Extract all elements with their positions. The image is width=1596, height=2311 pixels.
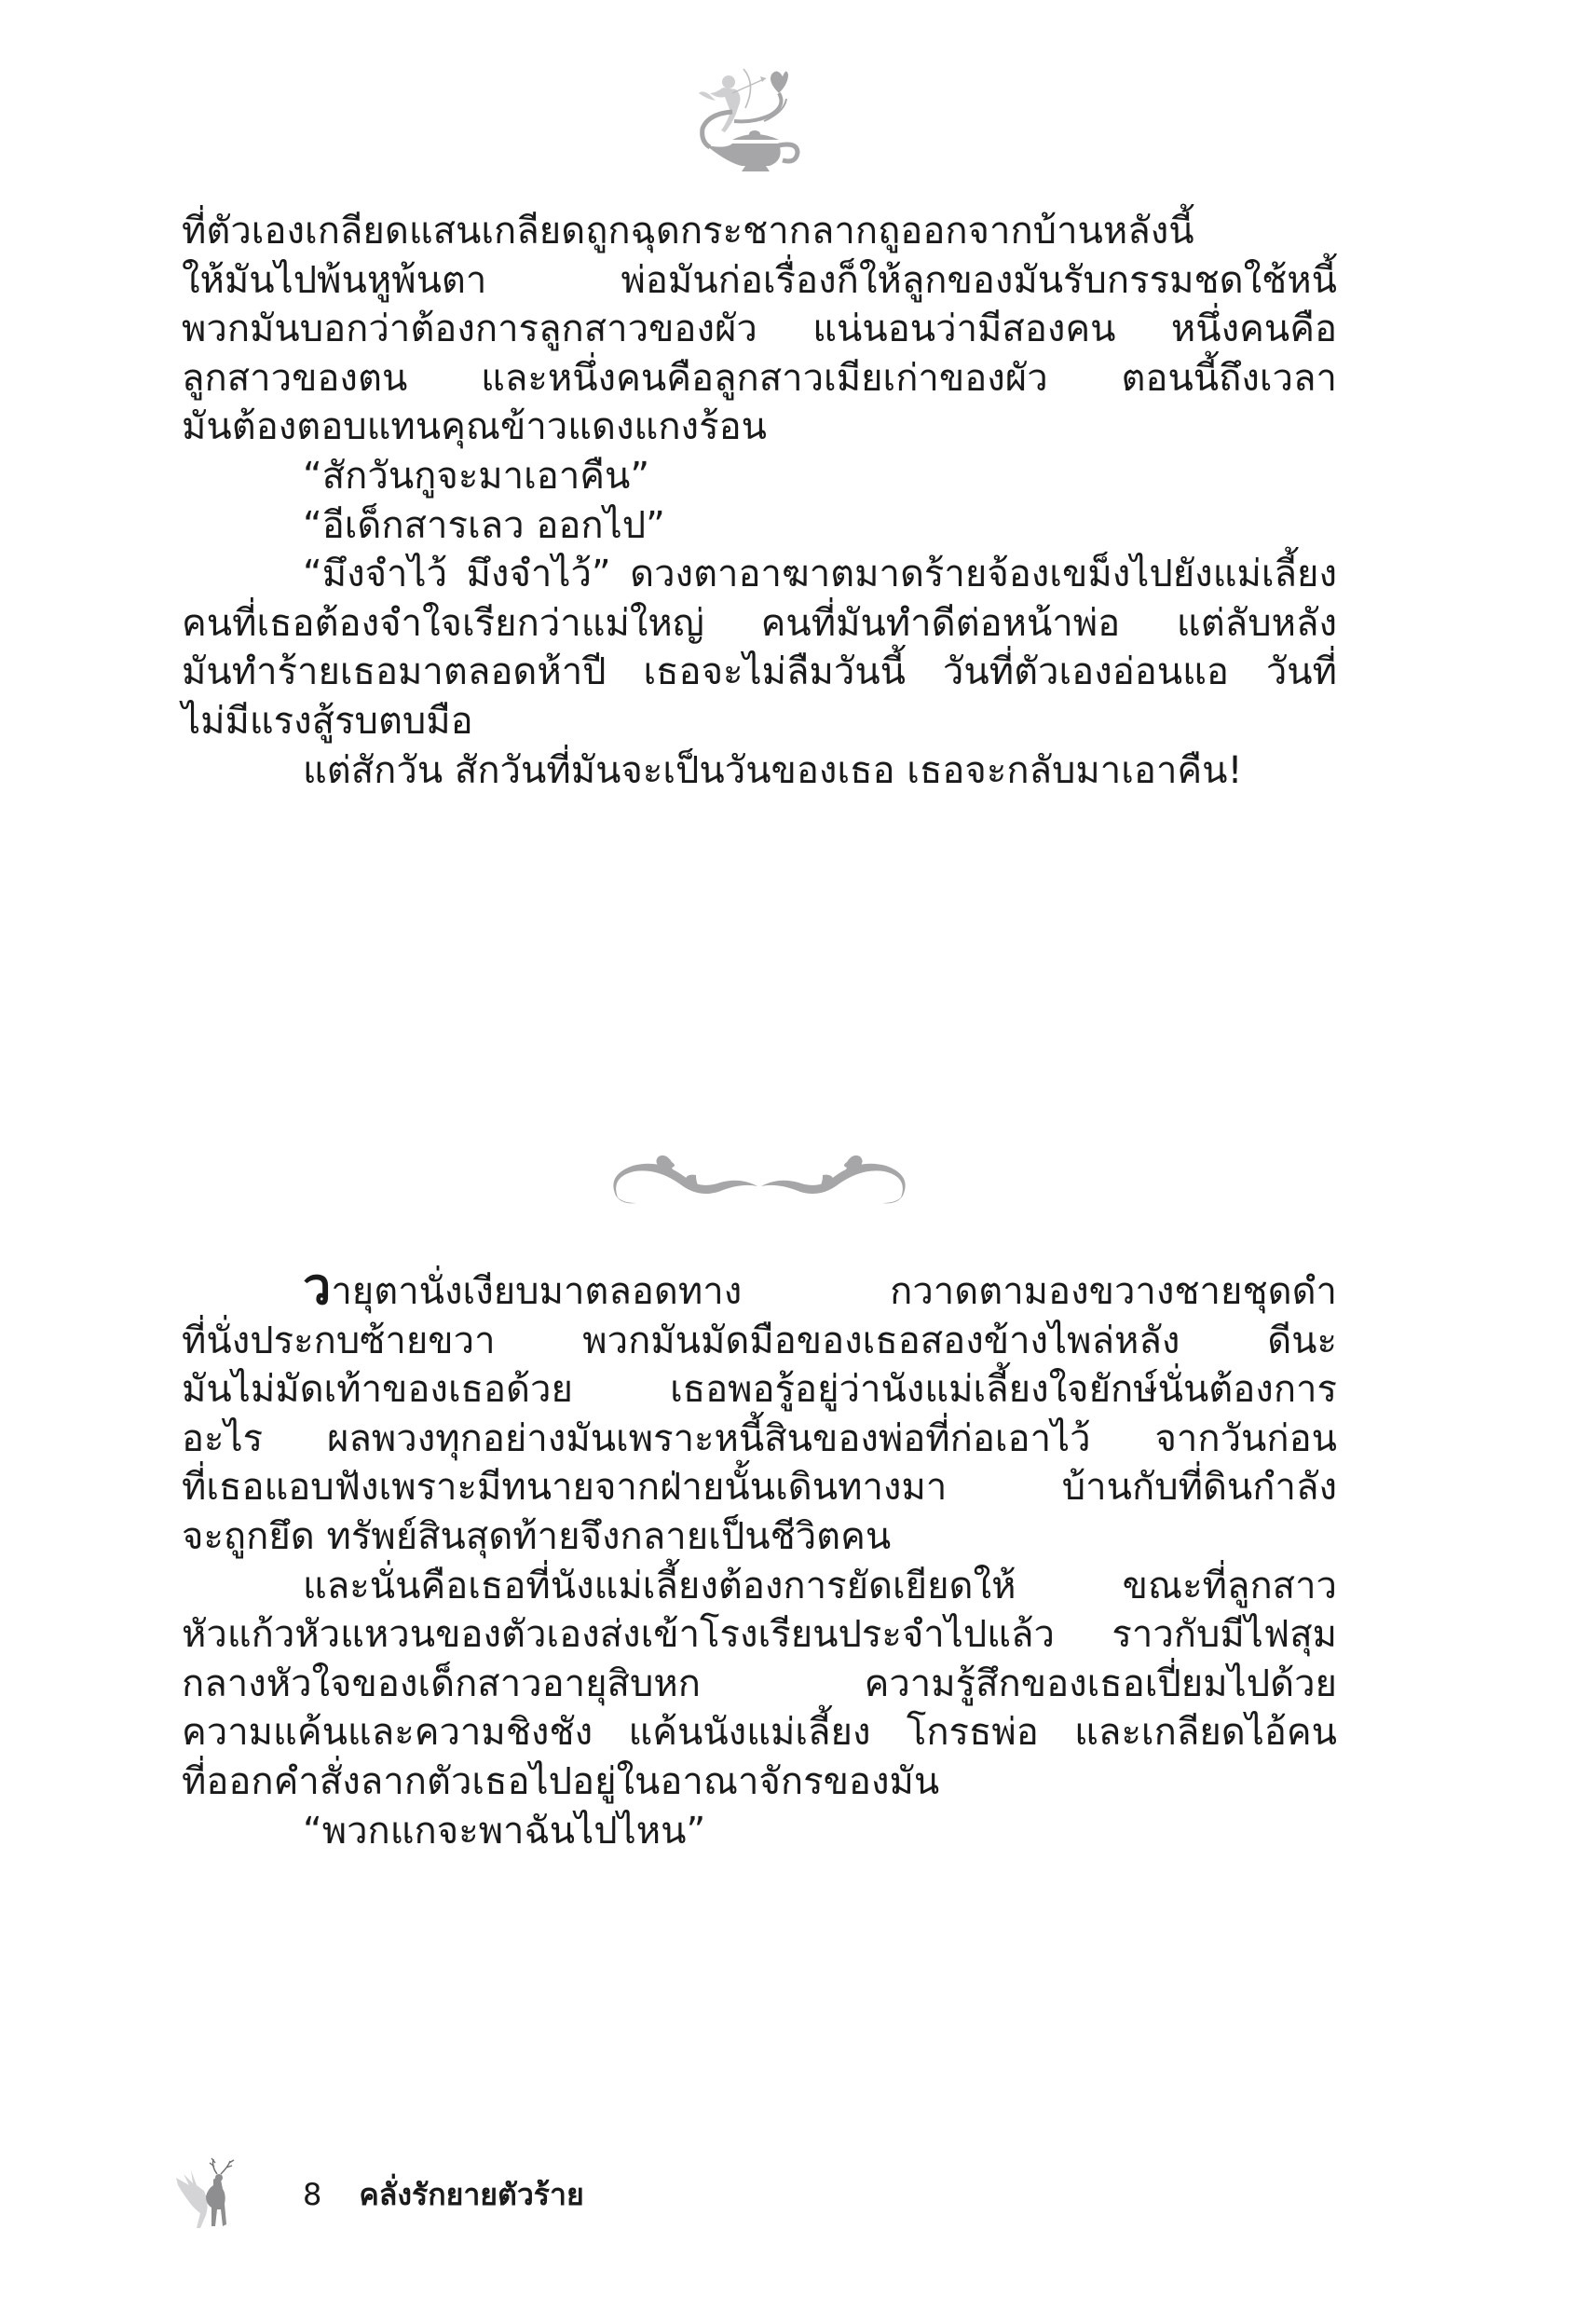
stag-deer-icon — [172, 2157, 252, 2232]
cupid-teapot-ornament-icon — [689, 56, 811, 172]
book-title: คลั่งรักยายตัวร้าย — [359, 2171, 583, 2219]
paragraph-line: ความแค้นและความชิงชัง แค้นนังแม่เลี้ยง โ… — [182, 1708, 1337, 1757]
drop-cap: ว — [303, 1257, 331, 1316]
paragraph-line: หัวแก้วหัวแหวนของตัวเองส่งเข้าโรงเรียนปร… — [182, 1610, 1337, 1660]
dialogue-line: “มึงจำไว้ มึงจำไว้” ดวงตาอาฆาตมาดร้ายจ้อ… — [182, 550, 1337, 599]
page-footer: 8 คลั่งรักยายตัวร้าย — [172, 2157, 584, 2232]
section-1-text: ที่ตัวเองเกลียดแสนเกลียดถูกฉุดกระชากลากถ… — [182, 207, 1337, 795]
paragraph-line: แต่สักวัน สักวันที่มันจะเป็นวันของเธอ เธ… — [182, 746, 1337, 796]
dialogue-line: “สักวันกูจะมาเอาคืน” — [182, 452, 1337, 501]
first-line-text: ายุตานั่งเงียบมาตลอดทาง กวาดตามองขวางชาย… — [331, 1270, 1337, 1313]
paragraph-line: พวกมันบอกว่าต้องการลูกสาวของผัว แน่นอนว่… — [182, 305, 1337, 354]
page-number: 8 — [303, 2177, 321, 2212]
paragraph-line: มันต้องตอบแทนคุณข้าวแดงแกงร้อน — [182, 403, 1337, 452]
scroll-flourish-divider-icon — [610, 1149, 908, 1205]
paragraph-line: กลางหัวใจของเด็กสาวอายุสิบหก ความรู้สึกข… — [182, 1660, 1337, 1709]
paragraph-line: คนที่เธอต้องจำใจเรียกว่าแม่ใหญ่ คนที่มัน… — [182, 599, 1337, 649]
paragraph-line: มันไม่มัดเท้าของเธอด้วย เธอพอรู้อยู่ว่าน… — [182, 1365, 1337, 1415]
paragraph-line: และนั่นคือเธอที่นังแม่เลี้ยงต้องการยัดเย… — [182, 1562, 1337, 1611]
section-2-text: วายุตานั่งเงียบมาตลอดทาง กวาดตามองขวางชา… — [182, 1267, 1337, 1855]
dialogue-line: “อีเด็กสารเลว ออกไป” — [182, 501, 1337, 551]
paragraph-line: อะไร ผลพวงทุกอย่างมันเพราะหนี้สินของพ่อท… — [182, 1415, 1337, 1464]
paragraph-line: ที่นั่งประกบซ้ายขวา พวกมันมัดมือของเธอสอ… — [182, 1317, 1337, 1366]
dialogue-line: “พวกแกจะพาฉันไปไหน” — [182, 1807, 1337, 1856]
paragraph-line: มันทำร้ายเธอมาตลอดห้าปี เธอจะไม่ลืมวันนี… — [182, 648, 1337, 697]
paragraph-line: ไม่มีแรงสู้รบตบมือ — [182, 697, 1337, 746]
paragraph-line: จะถูกยึด ทรัพย์สินสุดท้ายจึงกลายเป็นชีวิ… — [182, 1512, 1337, 1562]
paragraph-first-line: วายุตานั่งเงียบมาตลอดทาง กวาดตามองขวางชา… — [182, 1267, 1337, 1317]
paragraph-line: ที่ตัวเองเกลียดแสนเกลียดถูกฉุดกระชากลากถ… — [182, 207, 1337, 256]
paragraph-line: ลูกสาวของตน และหนึ่งคนคือลูกสาวเมียเก่าข… — [182, 354, 1337, 403]
paragraph-line: ที่ออกคำสั่งลากตัวเธอไปอยู่ในอาณาจักรของ… — [182, 1757, 1337, 1807]
paragraph-line: ที่เธอแอบฟังเพราะมีทนายจากฝ่ายนั้นเดินทา… — [182, 1463, 1337, 1512]
paragraph-line: ให้มันไปพ้นหูพ้นตา พ่อมันก่อเรื่องก็ให้ล… — [182, 256, 1337, 306]
